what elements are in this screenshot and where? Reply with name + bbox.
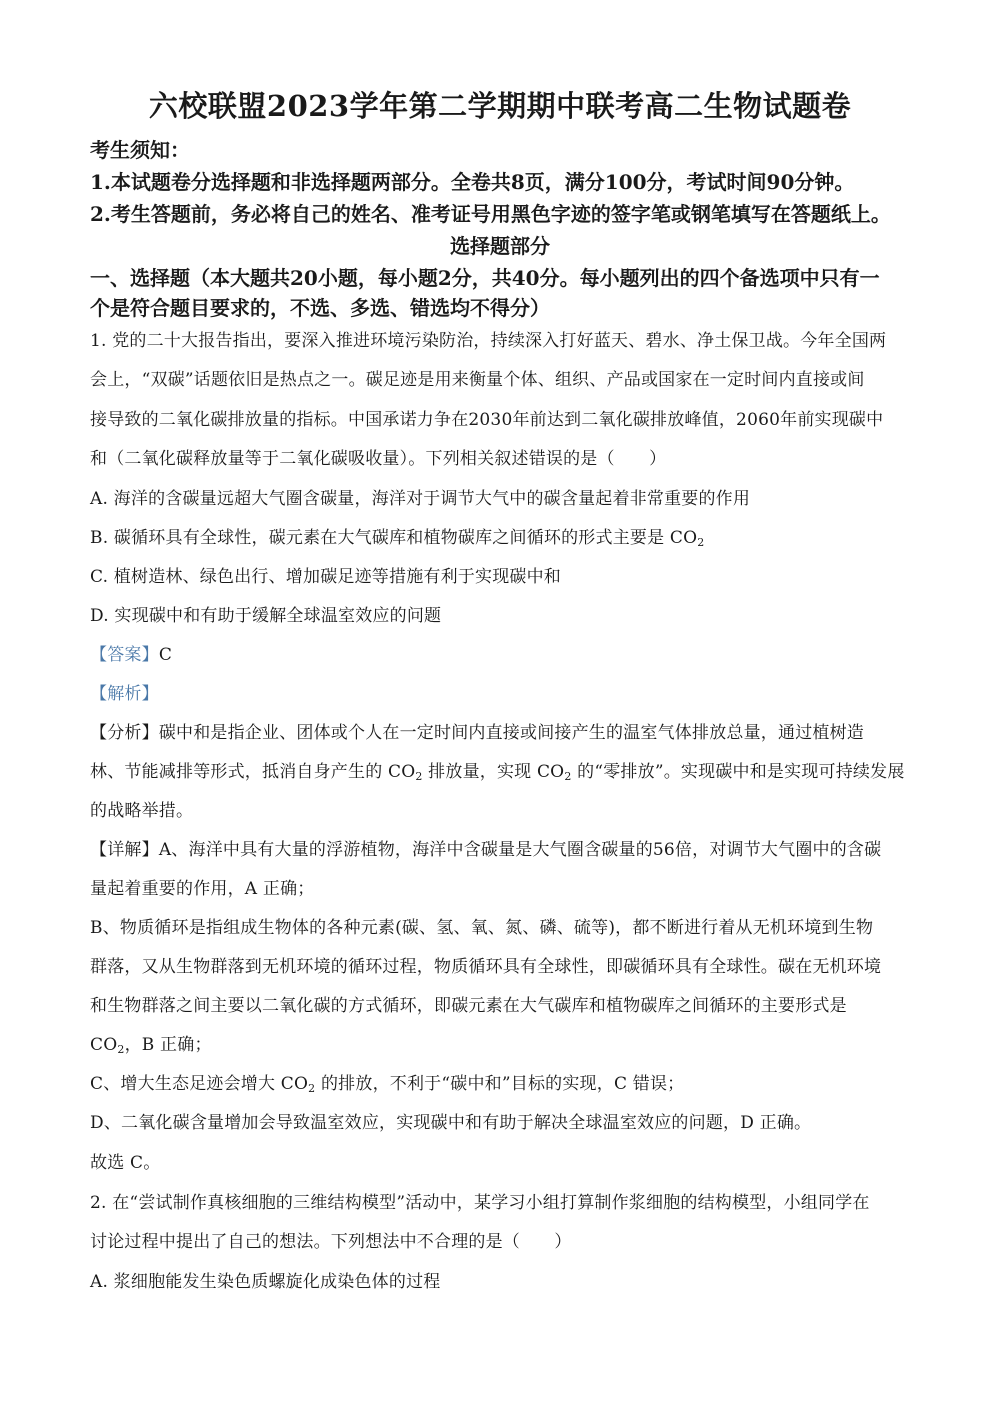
detail-text: C、增大生态足迹会增大 CO [90, 1074, 308, 1094]
detail-line-7: C、增大生态足迹会增大 CO2 的排放，不利于“碳中和”目标的实现，C 错误； [90, 1069, 684, 1095]
detail-line-5: 和生物群落之间主要以二氧化碳的方式循环，即碳元素在大气碳库和植物碳库之间循环的主… [90, 991, 847, 1016]
notice-item-1: 1.本试题卷分选择题和非选择题两部分。全卷共8页，满分100分，考试时间90分钟… [90, 166, 854, 195]
exam-title: 六校联盟2023学年第二学期期中联考高二生物试题卷 [0, 84, 1000, 125]
analysis-text: 的“零排放”。实现碳中和是实现可持续发展 [572, 762, 905, 782]
detail-line-6: CO2，B 正确； [90, 1030, 212, 1056]
detail-text: ，B 正确； [125, 1035, 212, 1055]
detail-text: 的排放，不利于“碳中和”目标的实现，C 错误； [315, 1074, 684, 1094]
analysis-text: 排放量，实现 CO [423, 762, 565, 782]
detail-subtag: 【详解】 [90, 840, 159, 860]
detail-line-3: B、物质循环是指组成生物体的各种元素(碳、氢、氧、氮、磷、硫等)，都不断进行着从… [90, 913, 873, 938]
detail-text: CO [90, 1035, 117, 1055]
q1-option-d: D. 实现碳中和有助于缓解全球温室效应的问题 [90, 601, 441, 626]
q1-answer: 【答案】C [90, 640, 172, 665]
q1-option-a: A. 海洋的含碳量远超大气圈含碳量，海洋对于调节大气中的碳含量起着非常重要的作用 [90, 484, 750, 509]
subscript: 2 [697, 536, 704, 549]
analysis-line-3: 的战略举措。 [90, 796, 193, 821]
subscript: 2 [117, 1043, 124, 1056]
detail-line-1: 【详解】A、海洋中具有大量的浮游植物，海洋中含碳量是大气圈含碳量的56倍，对调节… [90, 835, 881, 860]
section-title: 选择题部分 [0, 230, 1000, 259]
answer-tag: 【答案】 [90, 645, 159, 665]
q1-option-b-text: B. 碳循环具有全球性，碳元素在大气碳库和植物碳库之间循环的形式主要是 CO [90, 528, 697, 548]
q1-stem-line-4: 和（二氧化碳释放量等于二氧化碳吸收量）。下列相关叙述错误的是（ ） [90, 444, 666, 469]
notice-heading: 考生须知： [90, 134, 190, 163]
q1-option-c: C. 植树造林、绿色出行、增加碳足迹等措施有利于实现碳中和 [90, 562, 561, 587]
analysis-text: 林、节能减排等形式，抵消自身产生的 CO [90, 762, 415, 782]
q1-stem-line-2: 会上，“双碳”话题依旧是热点之一。碳足迹是用来衡量个体、组织、产品或国家在一定时… [90, 365, 865, 390]
analysis-line-2: 林、节能减排等形式，抵消自身产生的 CO2 排放量，实现 CO2 的“零排放”。… [90, 757, 905, 783]
q2-option-a: A. 浆细胞能发生染色质螺旋化成染色体的过程 [90, 1267, 440, 1292]
exam-page: 六校联盟2023学年第二学期期中联考高二生物试题卷 考生须知： 1.本试题卷分选… [0, 0, 1000, 1414]
notice-item-2: 2.考生答题前，务必将自己的姓名、准考证号用黑色字迹的签字笔或钢笔填写在答题纸上… [90, 198, 891, 227]
analysis-text: 碳中和是指企业、团体或个人在一定时间内直接或间接产生的温室气体排放总量，通过植树… [159, 723, 864, 743]
detail-line-4: 群落，又从生物群落到无机环境的循环过程，物质循环具有全球性，即碳循环具有全球性。… [90, 952, 881, 977]
q1-stem-line-1: 1. 党的二十大报告指出，要深入推进环境污染防治，持续深入打好蓝天、碧水、净土保… [90, 326, 886, 351]
answer-value: C [159, 645, 172, 665]
analysis-subtag: 【分析】 [90, 723, 159, 743]
detail-conclusion: 故选 C。 [90, 1148, 160, 1173]
detail-line-8: D、二氧化碳含量增加会导致温室效应，实现碳中和有助于解决全球温室效应的问题，D … [90, 1108, 811, 1133]
subscript: 2 [415, 770, 422, 783]
q1-option-b: B. 碳循环具有全球性，碳元素在大气碳库和植物碳库之间循环的形式主要是 CO2 [90, 523, 704, 549]
analysis-tag: 【解析】 [90, 679, 159, 704]
q2-stem-line-1: 2. 在“尝试制作真核细胞的三维结构模型”活动中，某学习小组打算制作浆细胞的结构… [90, 1188, 870, 1213]
detail-text: A、海洋中具有大量的浮游植物，海洋中含碳量是大气圈含碳量的56倍，对调节大气圈中… [159, 840, 882, 860]
q2-stem-line-2: 讨论过程中提出了自己的想法。下列想法中不合理的是（ ） [90, 1227, 572, 1252]
detail-line-2: 量起着重要的作用，A 正确； [90, 874, 314, 899]
section-instructions-line-2: 个是符合题目要求的，不选、多选、错选均不得分） [90, 292, 550, 321]
subscript: 2 [564, 770, 571, 783]
q1-stem-line-3: 接导致的二氧化碳排放量的指标。中国承诺力争在2030年前达到二氧化碳排放峰值，2… [90, 405, 883, 430]
analysis-line-1: 【分析】碳中和是指企业、团体或个人在一定时间内直接或间接产生的温室气体排放总量，… [90, 718, 864, 743]
section-instructions-line-1: 一、选择题（本大题共20小题，每小题2分，共40分。每小题列出的四个备选项中只有… [90, 262, 880, 291]
